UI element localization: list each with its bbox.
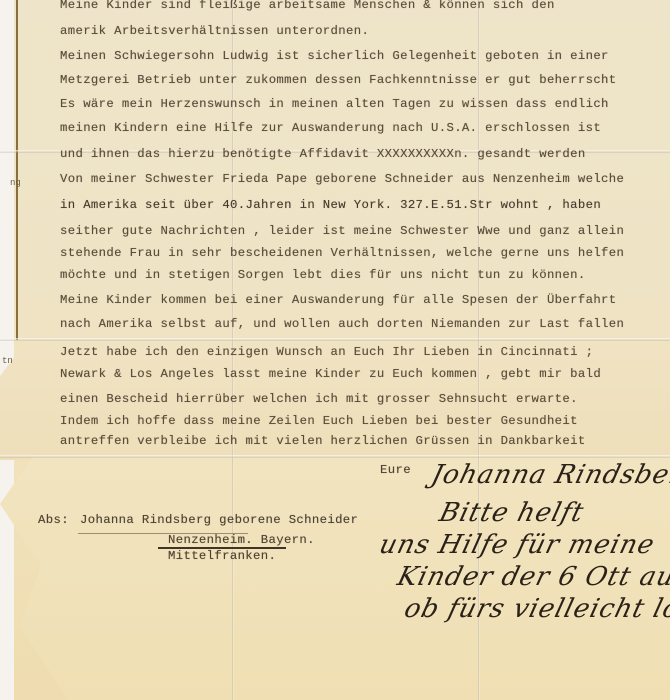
body-line: einen Bescheid hierrüber welchen ich mit…	[60, 392, 578, 406]
horizontal-fold-2	[0, 338, 670, 341]
handwritten-line: ob fürs vielleicht lohne	[401, 594, 670, 624]
body-line: Meine Kinder sind fleißige arbeitsame Me…	[60, 0, 555, 12]
body-line: meinen Kindern eine Hilfe zur Auswanderu…	[60, 121, 601, 135]
body-line: Newark & Los Angeles lasst meine Kinder …	[60, 367, 601, 381]
body-line: Metzgerei Betrieb unter zukommen dessen …	[60, 73, 617, 87]
body-line: Indem ich hoffe dass meine Zeilen Euch L…	[60, 414, 578, 428]
sender-name: Johanna Rindsberg geborene Schneider	[80, 513, 358, 527]
handwritten-signature: Johanna Rindsberg	[428, 460, 670, 490]
body-line: in Amerika seit über 40.Jahren in New Yo…	[60, 198, 601, 212]
body-line: Es wäre mein Herzenswunsch in meinen alt…	[60, 97, 609, 111]
body-line: Von meiner Schwester Frieda Pape geboren…	[60, 172, 624, 186]
margin-mark: tn	[2, 356, 13, 366]
body-line: nach Amerika selbst auf, und wollen auch…	[60, 317, 624, 331]
body-line: seither gute Nachrichten , leider ist me…	[60, 224, 624, 238]
handwritten-line: uns Hilfe für meine	[376, 530, 658, 560]
body-line: Meinen Schwiegersohn Ludwig ist sicherli…	[60, 49, 609, 63]
body-line: antreffen verbleibe ich mit vielen herzl…	[60, 434, 586, 448]
closing-word: Eure	[380, 463, 411, 477]
body-line: möchte und in stetigen Sorgen lebt dies …	[60, 268, 586, 282]
sender-town: Nenzenheim. Bayern.	[168, 533, 315, 547]
body-line: Jetzt habe ich den einzigen Wunsch an Eu…	[60, 345, 593, 359]
body-line: und ihnen das hierzu benötigte Affidavit…	[60, 147, 586, 161]
margin-mark: ng	[10, 178, 21, 188]
handwritten-line: Kinder der 6 Ott aus	[394, 562, 670, 592]
body-line: Meine Kinder kommen bei einer Auswanderu…	[60, 293, 617, 307]
sender-label: Abs:	[38, 513, 69, 527]
body-line: amerik Arbeitsverhältnissen unterordnen.	[60, 24, 369, 38]
handwritten-line: Bitte helft	[436, 498, 587, 528]
sender-region: Mittelfranken.	[168, 549, 276, 563]
body-line: stehende Frau in sehr bescheidenen Verhä…	[60, 246, 624, 260]
horizontal-fold-3	[0, 455, 670, 458]
